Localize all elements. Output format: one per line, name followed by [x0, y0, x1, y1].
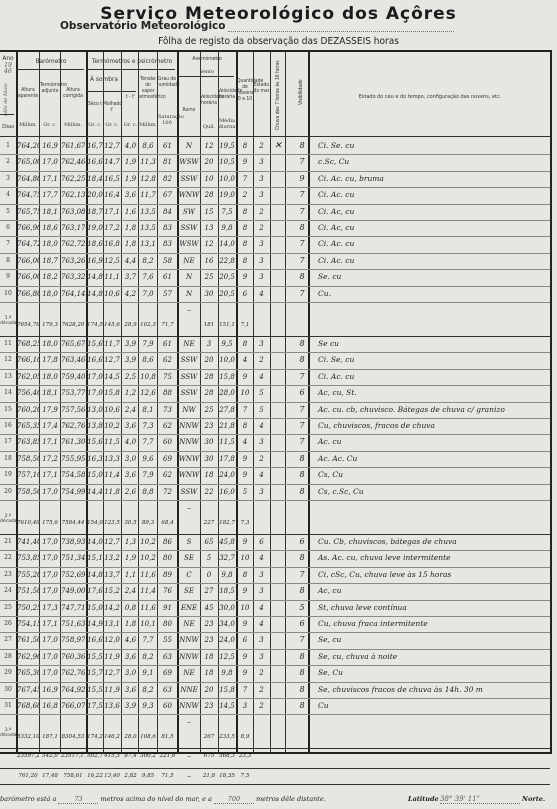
- cell-corr: 762,72: [61, 240, 85, 248]
- cell-nuv: 10: [237, 389, 253, 397]
- row-divider: [0, 484, 550, 485]
- cell-molh: 12,0: [103, 636, 121, 644]
- cell-nuv: 6: [237, 636, 253, 644]
- cell-term: 18,1: [40, 208, 60, 216]
- cell-tens: 9,6: [139, 455, 157, 463]
- cell-hum: 58: [158, 257, 177, 265]
- cell-vel: 18: [200, 669, 218, 677]
- visibility-value: 8: [296, 701, 308, 710]
- year-value: 19 46: [0, 63, 16, 75]
- cell-mar: 3: [253, 571, 270, 579]
- summary-term: 179,3: [40, 322, 60, 328]
- cell-vel: 25: [200, 406, 218, 414]
- cell-term: 16,9: [40, 686, 60, 694]
- cell-tens: 13,1: [139, 240, 157, 248]
- sky-remark: Cs, c.Sc, Cu: [318, 487, 364, 496]
- cell-nuv: 5: [237, 488, 253, 496]
- cell-nuv: 2: [237, 191, 253, 199]
- cell-rumo: NNW: [178, 438, 200, 446]
- cell-nuv: 9: [237, 620, 253, 628]
- cell-tens: 8,8: [139, 488, 157, 496]
- cell-nuv: 8: [237, 240, 253, 248]
- cell-diff: 1,9: [122, 175, 139, 183]
- cell-seco: 17,6: [87, 587, 103, 595]
- mean-speed-header: Velocidade horária: [218, 88, 236, 100]
- cell-hum: 88: [158, 389, 177, 397]
- day-number: 30: [0, 686, 16, 693]
- cell-term: 17,1: [40, 471, 60, 479]
- cell-med: 14,0: [218, 240, 236, 248]
- cell-term: 18,0: [40, 290, 60, 298]
- cell-molh: 12,7: [103, 142, 121, 150]
- cell-rumo: SSW: [178, 175, 200, 183]
- cell-seco: 20,0: [87, 191, 103, 199]
- day-number: 21: [0, 538, 16, 545]
- cell-corr: 759,40: [61, 373, 85, 381]
- sky-remark: St, chuva leve contínua: [318, 603, 407, 612]
- cell-hum: 60: [158, 702, 177, 710]
- cell-vel: 30: [200, 455, 218, 463]
- cell-mar: 2: [253, 208, 270, 216]
- sky-remark: Cs, Cu: [318, 470, 343, 479]
- cell-nuv: 4: [237, 438, 253, 446]
- day-number: 9: [0, 273, 16, 280]
- day-number: 19: [0, 471, 16, 478]
- cell-med: 14,5: [218, 702, 236, 710]
- cell-mar: 2: [253, 142, 270, 150]
- cell-mar: 3: [253, 488, 270, 496]
- cell-molh: 13,1: [103, 620, 121, 628]
- hourly-speed-header: Velocidade horária: [200, 94, 218, 106]
- day-number: 1: [0, 142, 16, 149]
- cell-term: 17,2: [40, 455, 60, 463]
- cell-seco: 15,1: [87, 554, 103, 562]
- cell-med: 19,5: [218, 142, 236, 150]
- cell-mar: 2: [253, 686, 270, 694]
- cell-molh: 10,6: [103, 406, 121, 414]
- cell-rumo: SSW: [178, 488, 200, 496]
- day-number: 29: [0, 669, 16, 676]
- cell-diff: 0,8: [122, 604, 139, 612]
- visibility-value: 8: [296, 339, 308, 348]
- cell-molh: 11,5: [103, 438, 121, 446]
- cell-tens: 9,1: [139, 669, 157, 677]
- row-divider: [177, 76, 234, 77]
- cell-seco: 16,3: [87, 455, 103, 463]
- cell-seco: 14,8: [87, 290, 103, 298]
- cell-mar: 4: [253, 604, 270, 612]
- cell-molh: 14,7: [103, 158, 121, 166]
- day-number: 13: [0, 373, 16, 380]
- summary-seco: 502,7: [87, 753, 103, 759]
- cell-seco: 18,6: [87, 240, 103, 248]
- summary-hum: 221,6: [158, 753, 177, 759]
- cell-alt: 766,80: [17, 290, 39, 298]
- year-label: Ano: [0, 55, 16, 62]
- wind-header: Vento: [178, 69, 236, 75]
- cell-corr: 763,46: [61, 356, 85, 364]
- cell-vel: 16: [200, 257, 218, 265]
- cell-seco: 15,7: [87, 669, 103, 677]
- cell-vel: 30: [200, 438, 218, 446]
- sky-remark: Cu. Cb, chuviscos, bátegas de chuva: [318, 537, 457, 546]
- cell-mar: 2: [253, 669, 270, 677]
- cell-vel: 65: [200, 538, 218, 546]
- day-number: 12: [0, 356, 16, 363]
- day-number: 7: [0, 240, 16, 247]
- cell-tens: 7,3: [139, 422, 157, 430]
- row-divider: [16, 69, 84, 70]
- cell-tens: 12,8: [139, 175, 157, 183]
- cell-term: 17,0: [40, 653, 60, 661]
- cell-corr: 763,26: [61, 257, 85, 265]
- latitude-label: Latitude: [408, 795, 439, 803]
- cell-mar: 3: [253, 636, 270, 644]
- cell-molh: 11,4: [103, 471, 121, 479]
- cell-med: 15,8: [218, 686, 236, 694]
- summary-molh: 145,6: [103, 322, 121, 328]
- sky-remark: Se, Cu: [318, 668, 343, 677]
- summary-diff: 87,4: [122, 753, 139, 759]
- row-divider: [0, 136, 550, 137]
- sky-remark: Ci. Ac, cu: [318, 223, 354, 232]
- visibility-value: 8: [296, 586, 308, 595]
- cell-rumo: SW: [178, 208, 200, 216]
- sky-remark: Se, cu, chuva à noite: [318, 652, 397, 661]
- cell-diff: 1,1: [122, 571, 139, 579]
- sea-state-header: Estado do mar: [253, 82, 270, 94]
- cell-hum: 75: [158, 373, 177, 381]
- summary-tens: 108,6: [139, 734, 157, 740]
- cell-corr: 763,08: [61, 208, 85, 216]
- thermometers-header: Termómetros e psicrómetro: [86, 58, 178, 65]
- row-divider: [0, 402, 550, 403]
- visibility-value: 7: [296, 437, 308, 446]
- cell-rumo: SSW: [178, 224, 200, 232]
- cell-med: 20,5: [218, 290, 236, 298]
- cell-rumo: NE: [178, 669, 200, 677]
- cell-tens: 7,7: [139, 438, 157, 446]
- cell-tens: 11,7: [139, 191, 157, 199]
- barometer-text-3: metros dêle distante.: [256, 795, 326, 803]
- cell-rumo: C: [178, 571, 200, 579]
- cell-seco: 16,9: [87, 257, 103, 265]
- row-divider: [0, 236, 550, 237]
- cell-corr: 764,14: [61, 290, 85, 298]
- cell-tens: 11,3: [139, 158, 157, 166]
- cell-alt: 764,80: [17, 175, 39, 183]
- cell-molh: 12,7: [103, 356, 121, 364]
- cell-vel: 18: [200, 653, 218, 661]
- cell-vel: 12: [200, 142, 218, 150]
- cell-nuv: 8: [237, 257, 253, 265]
- cell-med: 9,8: [218, 669, 236, 677]
- cell-alt: 756,40: [17, 389, 39, 397]
- cell-diff: 3,6: [122, 471, 139, 479]
- row-divider: [0, 682, 550, 683]
- cell-hum: 91: [158, 604, 177, 612]
- cell-term: 18,0: [40, 240, 60, 248]
- cell-molh: 13,2: [103, 554, 121, 562]
- cell-mar: 3: [253, 191, 270, 199]
- cell-term: 17,7: [40, 191, 60, 199]
- cell-tens: 13,5: [139, 208, 157, 216]
- apparent-height-header: Altura aparente: [17, 87, 39, 99]
- cell-alt: 758,50: [17, 488, 39, 496]
- summary-hum: 71,5: [158, 773, 177, 779]
- sky-remark: Ci. Ac. cu, bruma: [318, 174, 384, 183]
- row-divider: [0, 632, 550, 633]
- sky-remark: Se cu: [318, 339, 339, 348]
- cell-diff: 1,8: [122, 620, 139, 628]
- cell-molh: 13,7: [103, 571, 121, 579]
- cell-hum: 62: [158, 471, 177, 479]
- cell-tens: 11,6: [139, 571, 157, 579]
- cell-corr: 751,34: [61, 554, 85, 562]
- cell-term: 17,1: [40, 620, 60, 628]
- cell-term: 16,8: [40, 702, 60, 710]
- cell-alt: 764,72: [17, 240, 39, 248]
- cell-rumo: SE: [178, 554, 200, 562]
- cell-tens: 10,8: [139, 373, 157, 381]
- visibility-value: 6: [296, 619, 308, 628]
- summary-diff: 28,9: [122, 322, 139, 328]
- cell-mar: 4: [253, 373, 270, 381]
- cell-tens: 12,6: [139, 389, 157, 397]
- observatory-blank-line: [228, 31, 454, 32]
- cell-med: 22,8: [218, 257, 236, 265]
- day-number: 23: [0, 571, 16, 578]
- cell-hum: 57: [158, 290, 177, 298]
- cell-hum: 63: [158, 686, 177, 694]
- cell-alt: 757,10: [17, 471, 39, 479]
- cell-diff: 1,8: [122, 224, 139, 232]
- summary-vel: 227: [200, 520, 218, 526]
- cell-corr: 760,36: [61, 653, 85, 661]
- cell-diff: 3,9: [122, 340, 139, 348]
- row-divider: [0, 534, 550, 535]
- cell-seco: 16,6: [87, 356, 103, 364]
- sky-remark: Ac. Ac. Cu: [318, 454, 357, 463]
- cell-vel: 28: [200, 191, 218, 199]
- cell-alt: 750,25: [17, 604, 39, 612]
- summary-tens: 9,85: [139, 773, 157, 779]
- cell-med: 30,0: [218, 604, 236, 612]
- visibility-value: 7: [296, 421, 308, 430]
- cell-diff: 3,7: [122, 273, 139, 281]
- visibility-header: Visibilidade: [298, 72, 304, 112]
- day-number: 25: [0, 604, 16, 611]
- cell-vel: 20: [200, 158, 218, 166]
- visibility-value: 8: [296, 454, 308, 463]
- cell-alt: 765,35: [17, 422, 39, 430]
- cell-corr: 763,17: [61, 224, 85, 232]
- summary-med: 233,5: [218, 734, 236, 740]
- visibility-value: 8: [296, 141, 308, 150]
- cell-nuv: 10: [237, 604, 253, 612]
- cell-hum: 61: [158, 340, 177, 348]
- cell-hum: 61: [158, 142, 177, 150]
- cell-hum: 81: [158, 158, 177, 166]
- cell-rumo: WNW: [178, 191, 200, 199]
- cell-med: 24,0: [218, 471, 236, 479]
- barometer-text-1: barómetro está a: [0, 795, 56, 803]
- cell-vel: 45: [200, 604, 218, 612]
- visibility-value: 7: [296, 289, 308, 298]
- cell-molh: 15,2: [103, 587, 121, 595]
- summary-vel: 675: [200, 753, 218, 759]
- cell-term: 17,3: [40, 604, 60, 612]
- barometer-height: 73: [58, 795, 98, 804]
- cell-rumo: NNW: [178, 636, 200, 644]
- corrected-height-header: Altura corrigida: [61, 87, 85, 99]
- summary-seco: 174,5: [87, 322, 103, 328]
- cell-hum: 60: [158, 438, 177, 446]
- rain-mark-icon: ✕: [271, 141, 285, 151]
- cell-med: 34,0: [218, 620, 236, 628]
- cell-vel: 23: [200, 620, 218, 628]
- humidity-header: Grau de humidade: [157, 76, 177, 88]
- summary-molh: 123,5: [103, 520, 121, 526]
- cell-rumo: NE: [178, 257, 200, 265]
- cell-med: 9,5: [218, 340, 236, 348]
- cell-diff: 2,6: [122, 488, 139, 496]
- cell-nuv: 9: [237, 273, 253, 281]
- cell-hum: 83: [158, 240, 177, 248]
- summary-molh: 146,2: [103, 734, 121, 740]
- day-number: 16: [0, 422, 16, 429]
- rain-header: Chuva das 7 horas às 16 horas: [275, 56, 281, 134]
- cell-diff: 1,2: [122, 389, 139, 397]
- cell-diff: 4,0: [122, 438, 139, 446]
- visibility-value: 8: [296, 272, 308, 281]
- cell-term: 17,0: [40, 158, 60, 166]
- cell-rumo: SSW: [178, 389, 200, 397]
- cell-alt: 762,90: [17, 653, 39, 661]
- cell-corr: 752,69: [61, 571, 85, 579]
- day-number: 3: [0, 175, 16, 182]
- cell-mar: 6: [253, 538, 270, 546]
- sky-remark: Cu, chuviscos, fracos de chuva: [318, 421, 435, 430]
- visibility-value: 5: [296, 603, 308, 612]
- cell-rumo: NNW: [178, 702, 200, 710]
- summary-tens: 300,2: [139, 753, 157, 759]
- cell-med: 19,0: [218, 191, 236, 199]
- difference-header: t - t': [122, 94, 139, 100]
- cell-tens: 13,5: [139, 224, 157, 232]
- visibility-value: 7: [296, 207, 308, 216]
- row-divider: [0, 369, 550, 370]
- cell-tens: 8,2: [139, 653, 157, 661]
- days-label: Dias: [0, 124, 16, 130]
- cell-vel: 30: [200, 290, 218, 298]
- cell-molh: 12,7: [103, 669, 121, 677]
- cell-vel: 27: [200, 587, 218, 595]
- cell-mar: 2: [253, 356, 270, 364]
- cell-hum: 80: [158, 554, 177, 562]
- cell-med: 28,0: [218, 389, 236, 397]
- cell-nuv: 8: [237, 571, 253, 579]
- unit-millim: Millim.: [61, 122, 85, 128]
- cell-nuv: 7: [237, 175, 253, 183]
- cell-alt: 768,25: [17, 340, 39, 348]
- summary-corr: 23517,17: [61, 753, 85, 759]
- cell-corr: 761,67: [61, 142, 85, 150]
- day-number: 28: [0, 653, 16, 660]
- cell-rumo: NE: [178, 340, 200, 348]
- summary-molh: 415,3: [103, 753, 121, 759]
- row-divider: [0, 154, 550, 155]
- cell-vel: 18: [200, 471, 218, 479]
- cell-mar: 3: [253, 340, 270, 348]
- summary-diff: 2,82: [122, 773, 139, 779]
- cell-diff: 3,0: [122, 455, 139, 463]
- cell-alt: 766,00: [17, 273, 39, 281]
- cell-seco: 17,0: [87, 373, 103, 381]
- cell-corr: 762,25: [61, 175, 85, 183]
- cell-seco: 17,0: [87, 389, 103, 397]
- cell-seco: 14,4: [87, 488, 103, 496]
- unit-saturation: Saturação 100: [158, 114, 176, 126]
- cell-corr: 751,63: [61, 620, 85, 628]
- sky-remark: Ac. cu. cb, chuvisco. Bátegas de chuva c…: [318, 405, 505, 414]
- latitude-direction: Norte.: [522, 795, 545, 803]
- visibility-value: 8: [296, 652, 308, 661]
- cell-nuv: 7: [237, 686, 253, 694]
- summary-corr: 7584,44: [61, 520, 85, 526]
- cell-alt: 761,50: [17, 636, 39, 644]
- summary-hum: 68,4: [158, 520, 177, 526]
- summary-tens: 89,3: [139, 520, 157, 526]
- cell-nuv: 7: [237, 406, 253, 414]
- cell-vel: 10: [200, 175, 218, 183]
- cell-diff: 3,6: [122, 422, 139, 430]
- cell-term: 17,0: [40, 587, 60, 595]
- cell-term: 17,9: [40, 406, 60, 414]
- cell-hum: 84: [158, 208, 177, 216]
- cell-diff: 1,3: [122, 538, 139, 546]
- cell-corr: 762,76: [61, 422, 85, 430]
- row-divider: [0, 600, 550, 601]
- row-divider: [0, 714, 550, 715]
- cell-vel: 23: [200, 422, 218, 430]
- cell-corr: 762,46: [61, 158, 85, 166]
- cell-rumo: WNW: [178, 471, 200, 479]
- cell-seco: 13,8: [87, 422, 103, 430]
- cell-alt: 765,75: [17, 208, 39, 216]
- row-divider: [86, 69, 175, 70]
- cell-nuv: 9: [237, 538, 253, 546]
- cell-corr: 747,71: [61, 604, 85, 612]
- cell-corr: 761,30: [61, 438, 85, 446]
- attached-thermometer-header: Termómetro adjunto: [40, 82, 60, 94]
- cell-alt: 766,10: [17, 356, 39, 364]
- dry-header: Sêco t: [87, 101, 103, 107]
- cell-seco: 16,7: [87, 142, 103, 150]
- visibility-value: 8: [296, 685, 308, 694]
- cell-term: 17,0: [40, 571, 60, 579]
- cell-tens: 10,2: [139, 538, 157, 546]
- cell-corr: 753,77: [61, 389, 85, 397]
- cell-mar: 2: [253, 224, 270, 232]
- cell-hum: 67: [158, 191, 177, 199]
- cell-tens: 7,7: [139, 636, 157, 644]
- cell-term: 17,4: [40, 422, 60, 430]
- summary-med: 182,7: [218, 520, 236, 526]
- cell-mar: 3: [253, 587, 270, 595]
- day-number: 26: [0, 620, 16, 627]
- cell-empty: –: [178, 504, 200, 512]
